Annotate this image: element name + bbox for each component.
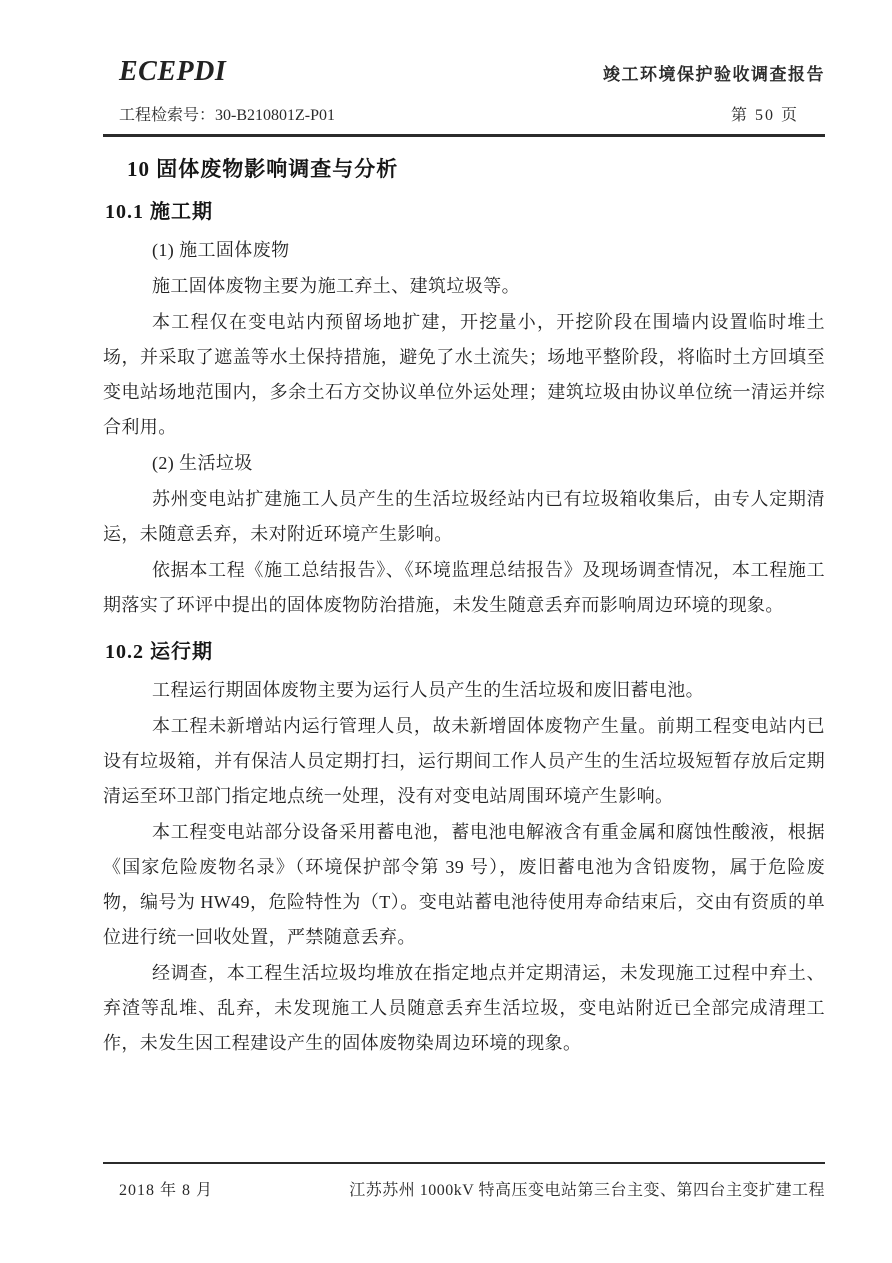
page-footer: 2018 年 8 月 江苏苏州 1000kV 特高压变电站第三台主变、第四台主变…: [103, 1162, 825, 1200]
company-logo: ECEPDI: [119, 56, 226, 88]
section-heading-10-2: 10.2 运行期: [105, 635, 825, 664]
paragraph: 施工固体废物主要为施工弃土、建筑垃圾等。: [103, 269, 825, 304]
section-heading-10-1: 10.1 施工期: [105, 195, 825, 224]
header-top-row: ECEPDI 竣工环境保护验收调查报告: [103, 56, 825, 88]
paragraph: 本工程变电站部分设备采用蓄电池，蓄电池电解液含有重金属和腐蚀性酸液，根据《国家危…: [103, 815, 825, 955]
chapter-heading: 10 固体废物影响调查与分析: [127, 153, 825, 183]
footer-row: 2018 年 8 月 江苏苏州 1000kV 特高压变电站第三台主变、第四台主变…: [103, 1177, 825, 1200]
header-meta-row: 工程检索号：30-B210801Z-P01 第 50 页: [103, 102, 825, 125]
page-number: 第 50 页: [731, 102, 825, 125]
document-body: 10 固体废物影响调查与分析 10.1 施工期 (1) 施工固体废物 施工固体废…: [103, 141, 825, 1062]
paragraph: 本工程仅在变电站内预留场地扩建，开挖量小，开挖阶段在围墙内设置临时堆土场，并采取…: [103, 305, 825, 445]
footer-project-name: 江苏苏州 1000kV 特高压变电站第三台主变、第四台主变扩建工程: [349, 1177, 825, 1200]
footer-date: 2018 年 8 月: [119, 1177, 213, 1200]
paragraph: 依据本工程《施工总结报告》、《环境监理总结报告》及现场调查情况，本工程施工期落实…: [103, 553, 825, 623]
list-item: (1) 施工固体废物: [103, 233, 825, 268]
paragraph: 本工程未新增站内运行管理人员，故未新增固体废物产生量。前期工程变电站内已设有垃圾…: [103, 709, 825, 814]
header-divider: [103, 134, 825, 137]
doc-index-number: 工程检索号：30-B210801Z-P01: [119, 102, 335, 125]
paragraph: 经调查，本工程生活垃圾均堆放在指定地点并定期清运，未发现施工过程中弃土、弃渣等乱…: [103, 956, 825, 1061]
page-header: ECEPDI 竣工环境保护验收调查报告 工程检索号：30-B210801Z-P0…: [103, 56, 825, 137]
report-title: 竣工环境保护验收调查报告: [603, 60, 825, 85]
paragraph: 工程运行期固体废物主要为运行人员产生的生活垃圾和废旧蓄电池。: [103, 673, 825, 708]
footer-divider: [103, 1162, 825, 1164]
paragraph: 苏州变电站扩建施工人员产生的生活垃圾经站内已有垃圾箱收集后，由专人定期清运，未随…: [103, 482, 825, 552]
document-page: ECEPDI 竣工环境保护验收调查报告 工程检索号：30-B210801Z-P0…: [0, 0, 892, 1263]
list-item: (2) 生活垃圾: [103, 446, 825, 481]
